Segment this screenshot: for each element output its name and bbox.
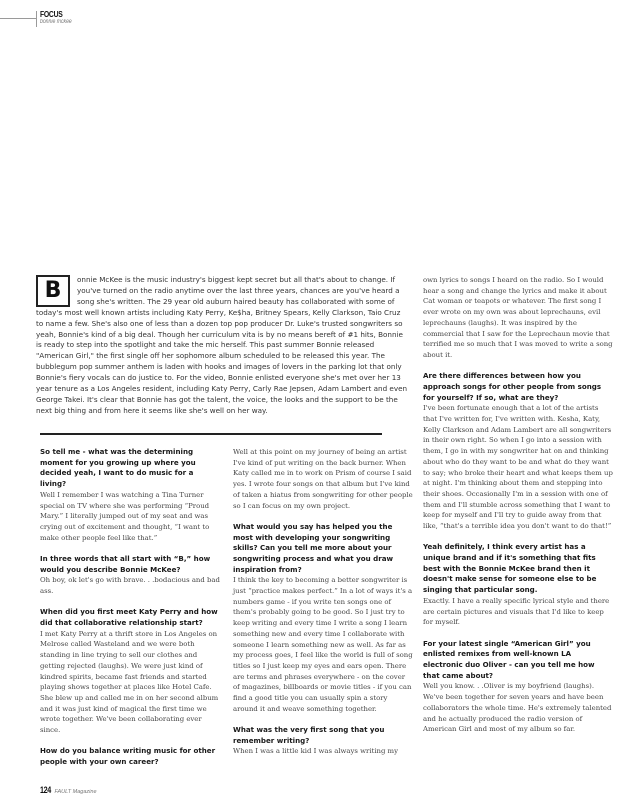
answer: Well I remember I was watching a Tina Tu… — [40, 490, 220, 544]
page-number: 124 — [40, 785, 51, 795]
column-2: Well at this point on my journey of bein… — [233, 447, 413, 757]
section-subtitle: bonnie mckee — [40, 19, 72, 25]
answer: Well at this point on my journey of bein… — [233, 447, 413, 511]
question: Yeah definitely, I think every artist ha… — [423, 542, 613, 596]
section-label: FOCUS — [40, 10, 63, 19]
header-vertical-rule — [36, 11, 37, 27]
header-rule — [0, 18, 36, 19]
answer: I think the key to becoming a better son… — [233, 575, 413, 714]
question: What would you say has helped you the mo… — [233, 522, 413, 576]
answer: own lyrics to songs I heard on the radio… — [423, 275, 613, 361]
question: Are there differences between how you ap… — [423, 371, 613, 403]
question: For your latest single “American Girl” y… — [423, 639, 613, 682]
intro-paragraph: B onnie McKee is the music industry's bi… — [36, 275, 408, 417]
answer: Exactly. I have a really specific lyrica… — [423, 596, 613, 628]
answer: Well you know. . .Oliver is my boyfriend… — [423, 681, 613, 735]
dropcap: B — [36, 275, 70, 307]
question: In three words that all start with “B,” … — [40, 554, 220, 575]
column-3: own lyrics to songs I heard on the radio… — [423, 275, 613, 735]
answer: I met Katy Perry at a thrift store in Lo… — [40, 629, 220, 736]
page-footer: 124 FAULT Magazine — [40, 785, 97, 795]
question: When did you first meet Katy Perry and h… — [40, 607, 220, 628]
question: What was the very first song that you re… — [233, 725, 413, 746]
answer: I've been fortunate enough that a lot of… — [423, 403, 613, 531]
column-1: So tell me - what was the determining mo… — [40, 447, 220, 768]
intro-text: onnie McKee is the music industry's bigg… — [36, 275, 407, 415]
section-divider — [40, 433, 382, 435]
answer: When I was a little kid I was always wri… — [233, 746, 413, 757]
question: So tell me - what was the determining mo… — [40, 447, 220, 490]
question: How do you balance writing music for oth… — [40, 746, 220, 767]
magazine-name: FAULT Magazine — [55, 789, 97, 795]
answer: Oh boy, ok let's go with brave. . .bodac… — [40, 575, 220, 596]
